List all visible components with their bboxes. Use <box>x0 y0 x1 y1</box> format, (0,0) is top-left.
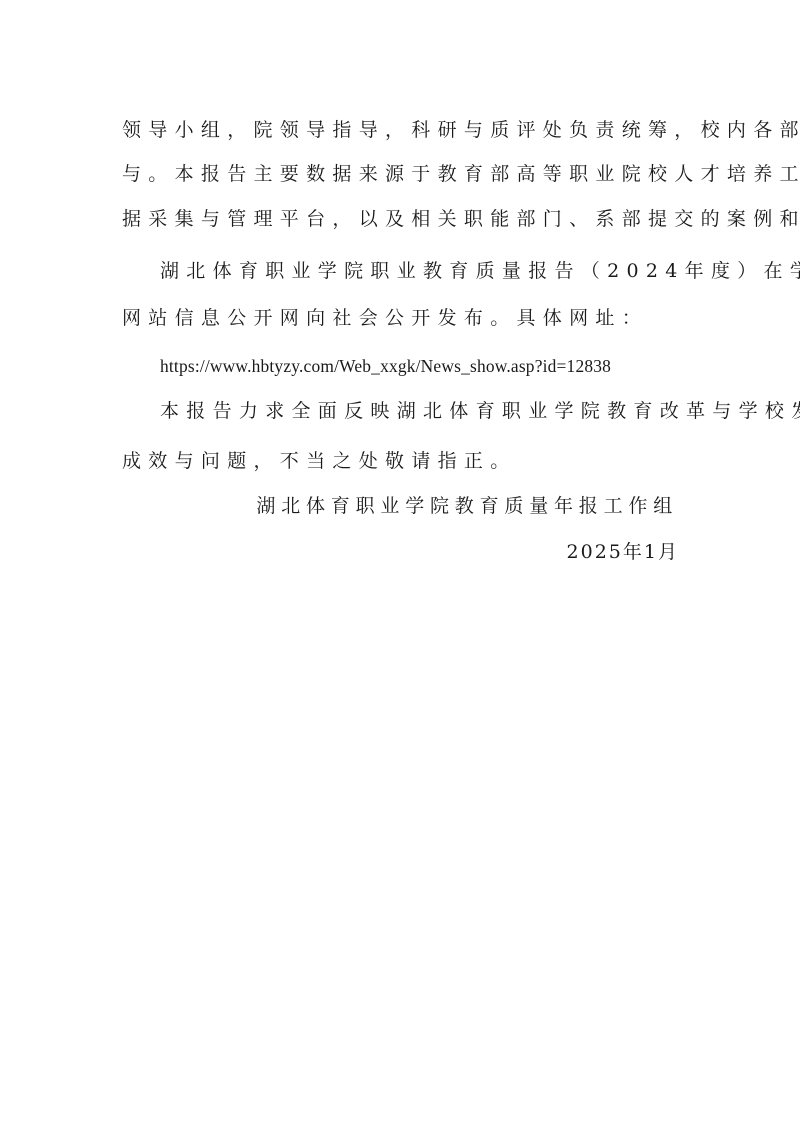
paragraph-line: 湖北体育职业学院职业教育质量报告（2024年度）在学院官方 <box>160 256 720 286</box>
paragraph-line: 据采集与管理平台，以及相关职能部门、系部提交的案例和材料等。 <box>122 204 682 234</box>
signature-date: 2025年1月 <box>119 537 679 567</box>
signature-organization: 湖北体育职业学院教育质量年报工作组 <box>118 491 678 521</box>
paragraph-line: 领导小组，院领导指导，科研与质评处负责统筹，校内各部门全员参 <box>122 115 682 145</box>
report-url-link[interactable]: https://www.hbtyzy.com/Web_xxgk/News_sho… <box>160 351 720 381</box>
paragraph-line: 与。本报告主要数据来源于教育部高等职业院校人才培养工作状态数 <box>122 159 682 189</box>
paragraph-line: 本报告力求全面反映湖北体育职业学院教育改革与学校发展的 <box>160 396 720 426</box>
paragraph-line: 成效与问题，不当之处敬请指正。 <box>122 446 682 476</box>
document-page: 领导小组，院领导指导，科研与质评处负责统筹，校内各部门全员参 与。本报告主要数据… <box>0 0 800 1131</box>
paragraph-line: 网站信息公开网向社会公开发布。具体网址： <box>122 303 682 333</box>
